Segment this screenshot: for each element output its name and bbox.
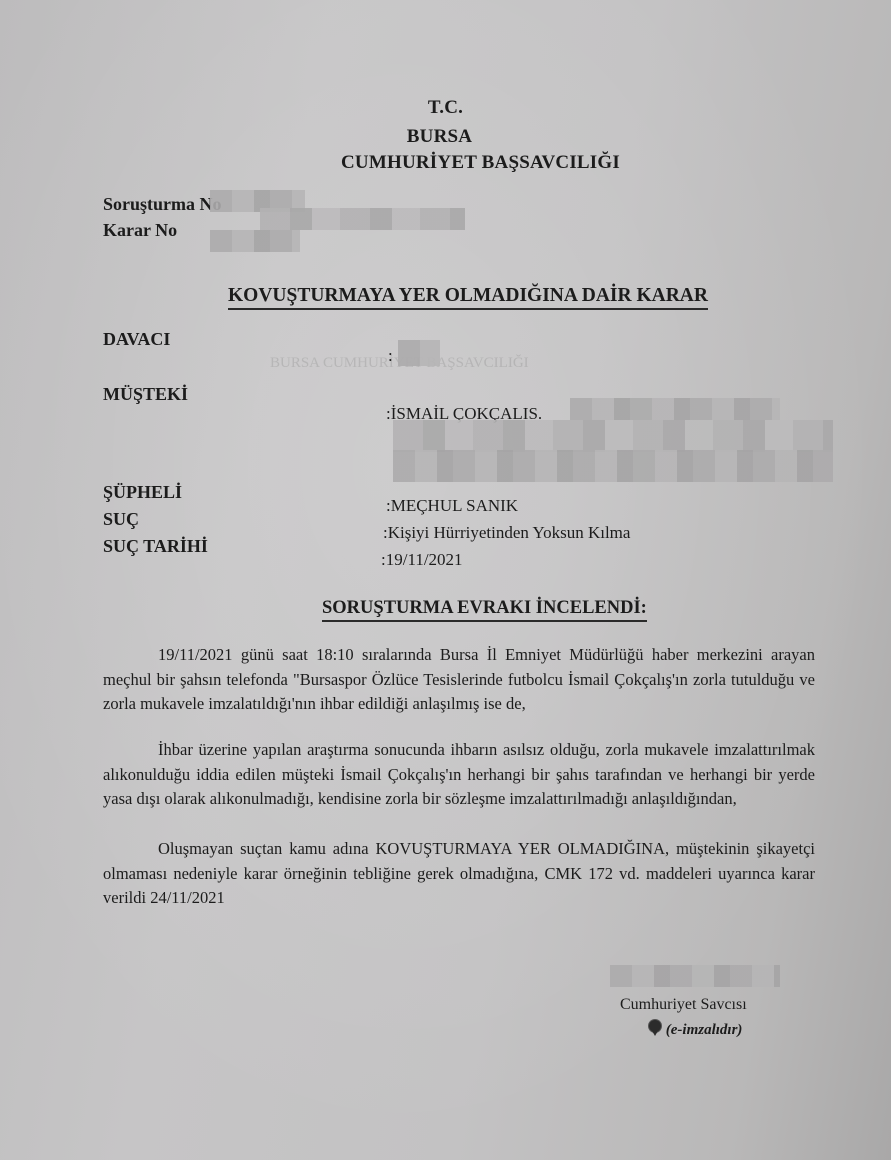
redacted-karar-no <box>210 230 300 252</box>
suc-tarihi-label: SUÇ TARİHİ <box>103 536 208 557</box>
redacted-davaci <box>398 340 440 366</box>
paragraph-1: 19/11/2021 günü saat 18:10 sıralarında B… <box>103 643 815 717</box>
redacted-musteki-3 <box>393 450 833 482</box>
signature-title: Cumhuriyet Savcısı <box>620 996 747 1014</box>
redacted-musteki-1 <box>570 398 780 420</box>
e-signature: (e-imzalıdır) <box>648 1020 742 1039</box>
header-tc: T.C. <box>0 97 891 119</box>
redacted-sorusturma-no-2 <box>260 208 465 230</box>
document-title: KOVUŞTURMAYA YER OLMADIĞINA DAİR KARAR <box>228 285 708 307</box>
karar-no-label: Karar No <box>103 220 177 241</box>
suc-tarihi-value: :19/11/2021 <box>381 550 463 570</box>
header-institution: CUMHURİYET BAŞSAVCILIĞI <box>35 152 891 174</box>
paragraph-3: Oluşmayan suçtan kamu adına KOVUŞTURMAYA… <box>103 837 815 911</box>
davaci-value: : <box>388 346 393 366</box>
davaci-label: DAVACI <box>103 329 170 350</box>
header-city: BURSA <box>0 126 885 148</box>
suc-label: SUÇ <box>103 509 139 530</box>
supheli-label: ŞÜPHELİ <box>103 482 182 503</box>
redacted-musteki-2 <box>393 420 833 452</box>
section-title: SORUŞTURMA EVRAKI İNCELENDİ: <box>322 598 647 619</box>
musteki-label: MÜŞTEKİ <box>103 384 188 405</box>
paragraph-2: İhbar üzerine yapılan araştırma sonucund… <box>103 738 815 812</box>
seal-icon <box>648 1020 662 1036</box>
document-page: BURSA CUMHURİYET BAŞSAVCILIĞI T.C. BURSA… <box>0 0 891 1160</box>
sorusturma-no-label: Soruşturma No <box>103 194 222 215</box>
redacted-prosecutor-name <box>610 965 780 987</box>
supheli-value: :MEÇHUL SANIK <box>386 496 518 516</box>
suc-value: :Kişiyi Hürriyetinden Yoksun Kılma <box>383 523 630 543</box>
